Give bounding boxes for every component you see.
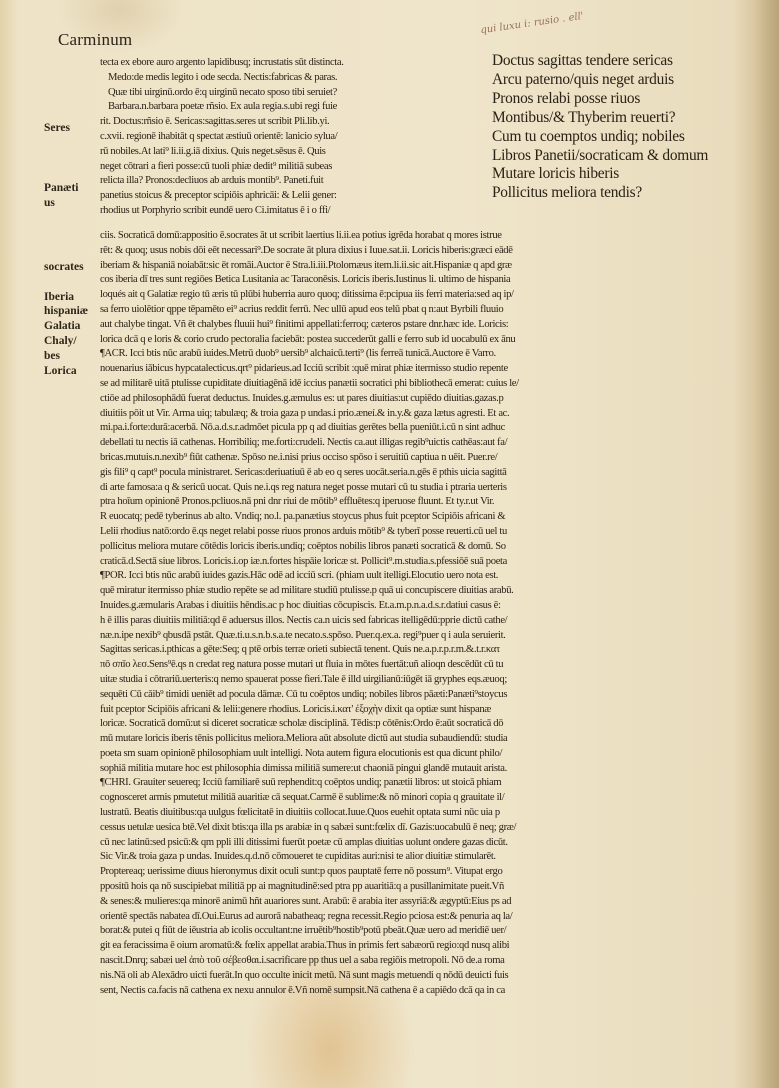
commentary-line: poeta sm suam opinionē philosophiam uult… <box>100 747 750 762</box>
commentary-line: næ.n.ipe nexib⁹ qbusdā pstāt. Quæ.ti.u.s… <box>100 629 750 644</box>
commentary-line: sa ferro uiolētior qppe tēpamēto ei⁹ acr… <box>100 303 750 318</box>
commentary-line: mū mutare loricis iberis tēnis pollicitu… <box>100 732 750 747</box>
margin-note: Seres <box>44 121 99 136</box>
commentary-line: Medo:de medis legito i ode secda. Nectis… <box>100 71 490 86</box>
commentary-line: rēt: & quoq; usus nobis dōi eēt necessar… <box>100 244 750 259</box>
commentary-line: debellati tu nectis iā cathenas. Horribi… <box>100 436 750 451</box>
verse-line: Pronos relabi posse riuos <box>492 90 752 109</box>
commentary-line: loqués ait q Galatiæ regio tū æris tū pl… <box>100 288 750 303</box>
commentary-line: Lelii rhodius natō:ordo ē.qs neget relab… <box>100 525 750 540</box>
margin-note: Lorica <box>44 364 99 379</box>
commentary-line: uitæ studia i cōtrariū.uerteris:q nemo s… <box>100 673 750 688</box>
commentary-line: nis.Nā oli ab Alexādro uicti fuerāt.In q… <box>100 969 750 984</box>
verse-line: Doctus sagittas tendere sericas <box>492 52 752 71</box>
commentary-line: loricæ. Socraticā domū:ut si diceret soc… <box>100 717 750 732</box>
commentary-line: bricas.mutuis.n.nexib⁹ fiūt cathenæ. Spō… <box>100 451 750 466</box>
commentary-line: gis fili⁹ q capt⁹ pocula ministraret. Se… <box>100 466 750 481</box>
commentary-line: ciis. Socraticā domū:appositio ē.socrate… <box>100 229 750 244</box>
running-head: Carminum <box>58 30 132 50</box>
commentary-line: Barbara.n.barbara poetæ rñsio. Ex aula r… <box>100 100 490 115</box>
commentary-line: Sagittas sericas.i.pthicas a gēte:Seq; q… <box>100 643 750 658</box>
handwritten-annotation: qui luxu i: rusio . ell' <box>480 11 585 36</box>
verse-line: Arcu paterno/quis neget arduis <box>492 71 752 90</box>
commentary-line: nouenarius iābicus hypcatalecticus.qrt⁹ … <box>100 362 750 377</box>
commentary-line: se ad militarē uitā ptulisse cupiditate … <box>100 377 750 392</box>
margin-note: hispaniæ <box>44 304 99 319</box>
commentary-line: iberiam & hispaniā noiabāt:sic ēt romāi.… <box>100 259 750 274</box>
commentary-line: nascit.Dnrq; sabæi uel ἀπὸ τοῦ σέβεσθαι.… <box>100 954 750 969</box>
commentary-line: c.xvii. regionē ihabitāt q spectat æstiu… <box>100 130 490 145</box>
commentary-line: rhodius ut Porphyrio scribit eundē uero … <box>100 204 490 219</box>
commentary-line: orientē spectās nabatea dī.Oui.Eurus ad … <box>100 910 750 925</box>
commentary-line: lustratū. Beatis diuitibus:qa uulgus fœl… <box>100 806 750 821</box>
margin-note: us <box>44 196 99 211</box>
commentary-section-chri: ¶CHRI. Grauiter seuereq; Icciū familiarē… <box>100 776 750 791</box>
commentary-line: lorica dcā q e loris & corio crudo pecto… <box>100 333 750 348</box>
commentary-line: Sic Vir.& troia gaza p undas. Inuides.q.… <box>100 850 750 865</box>
commentary-line: di arte famosa:a q & sericū uocat. Quis … <box>100 481 750 496</box>
commentary-line: cessus uetulæ uesica btē.Vel dixit btis:… <box>100 821 750 836</box>
commentary-section-por: ¶POR. Icci btis nūc arabū iuides gazis.H… <box>100 569 750 584</box>
commentary-line: fuit pceptor Scipiōis africani & lelii:g… <box>100 703 750 718</box>
commentary-line: diuitiis pōit ut Vir. Arma uiq; tabulæq;… <box>100 407 750 422</box>
commentary-line: Inuides.g.æmularis Arabas i diuitiis hēn… <box>100 599 750 614</box>
commentary-line: pollicitus meliora mutare cōtēdis lorici… <box>100 540 750 555</box>
verse-text-column: Doctus sagittas tendere sericas Arcu pat… <box>492 52 752 203</box>
commentary-line: ptra hoīum opinionē Pronos.pcliuos.nā pn… <box>100 495 750 510</box>
commentary-line: rit. Doctus:rñsio ē. Sericas:sagittas.se… <box>100 115 490 130</box>
commentary-line: neget cōtrari a fieri posse:cū tuoli phi… <box>100 160 490 175</box>
commentary-line: rū nobiles.At lati⁹ li.ii.g.iā dixius. Q… <box>100 145 490 160</box>
commentary-line: sent, Nectis ca.facis nā cathena ex nexu… <box>100 984 750 999</box>
commentary-line: h ē illis paras diuitiis militiā:qd ē ad… <box>100 614 750 629</box>
commentary-section-acr: ¶ACR. Icci btis nūc arabū iuides.Metrū d… <box>100 347 750 362</box>
commentary-line: mi.pa.i.forte:durā:acerbā. Nō.a.d.s.r.ad… <box>100 421 750 436</box>
commentary-line: cū nec latinū:sed psicū:& qm ppli illi d… <box>100 836 750 851</box>
commentary-line: Proptereaq; uerissime diuus hieronymus d… <box>100 865 750 880</box>
commentary-line: sequēti Cū cāib⁹ timidi ueniēt ad pocula… <box>100 688 750 703</box>
margin-note: bes <box>44 349 99 364</box>
commentary-line: borat:& putei q fiūt de iēustria ab icol… <box>100 924 750 939</box>
commentary-line: tecta ex ebore auro argento lapidibusq; … <box>100 56 490 71</box>
scanned-book-page: Carminum qui luxu i: rusio . ell' Doctus… <box>0 0 779 1088</box>
commentary-line: craticā.d.Sectā siue libros. Loricis.i.o… <box>100 555 750 570</box>
commentary-line: sophiā militia mutare hoc est philosophi… <box>100 762 750 777</box>
commentary-line: ctiōe ad philosophādū fuerat deductus. I… <box>100 392 750 407</box>
margin-note: Galatia <box>44 319 99 334</box>
verse-line: Libros Panetii/socraticam & domum <box>492 147 752 166</box>
commentary-line: aut chalybe tingat. Vñ ēt chalybes fluui… <box>100 318 750 333</box>
commentary-upper-block: tecta ex ebore auro argento lapidibusq; … <box>100 56 490 219</box>
commentary-line: relicta illa? Pronos:decliuos ab arduis … <box>100 174 490 189</box>
commentary-line: πō σπīο λεσ.Sens⁹ē.qs n credat reg natur… <box>100 658 750 673</box>
commentary-line: panetius stoicus & preceptor scipiōis ap… <box>100 189 490 204</box>
margin-note: Chaly/ <box>44 334 99 349</box>
commentary-line: quē miratur itermisso phiæ studio repēte… <box>100 584 750 599</box>
commentary-line: ppositū hois qa nō suscipiebat militiā p… <box>100 880 750 895</box>
verse-line: Montibus/& Thyberim reuerti? <box>492 109 752 128</box>
verse-line: Pollicitus meliora tendis? <box>492 184 752 203</box>
margin-note: Panæti <box>44 181 99 196</box>
commentary-line: cognosceret armis pmutetut militiā auari… <box>100 791 750 806</box>
commentary-line: Quæ tibi uirginū.ordo ē:q uirginū necato… <box>100 86 490 101</box>
commentary-main-block: ciis. Socraticā domū:appositio ē.socrate… <box>100 229 750 998</box>
commentary-line: & senes:& mulieres:qa minorē animū hñt a… <box>100 895 750 910</box>
verse-line: Cum tu coemptos undiq; nobiles <box>492 128 752 147</box>
margin-note: Iberia <box>44 290 99 305</box>
commentary-line: R euocatq; pedē tyberinus ab alto. Vndiq… <box>100 510 750 525</box>
commentary-line: cos iberia dī tres sunt regiōes Betica L… <box>100 273 750 288</box>
commentary-line: git ea feracissima ē oium aromatū:& fœli… <box>100 939 750 954</box>
margin-note: socrates <box>44 260 99 275</box>
verse-line: Mutare loricis hiberis <box>492 165 752 184</box>
